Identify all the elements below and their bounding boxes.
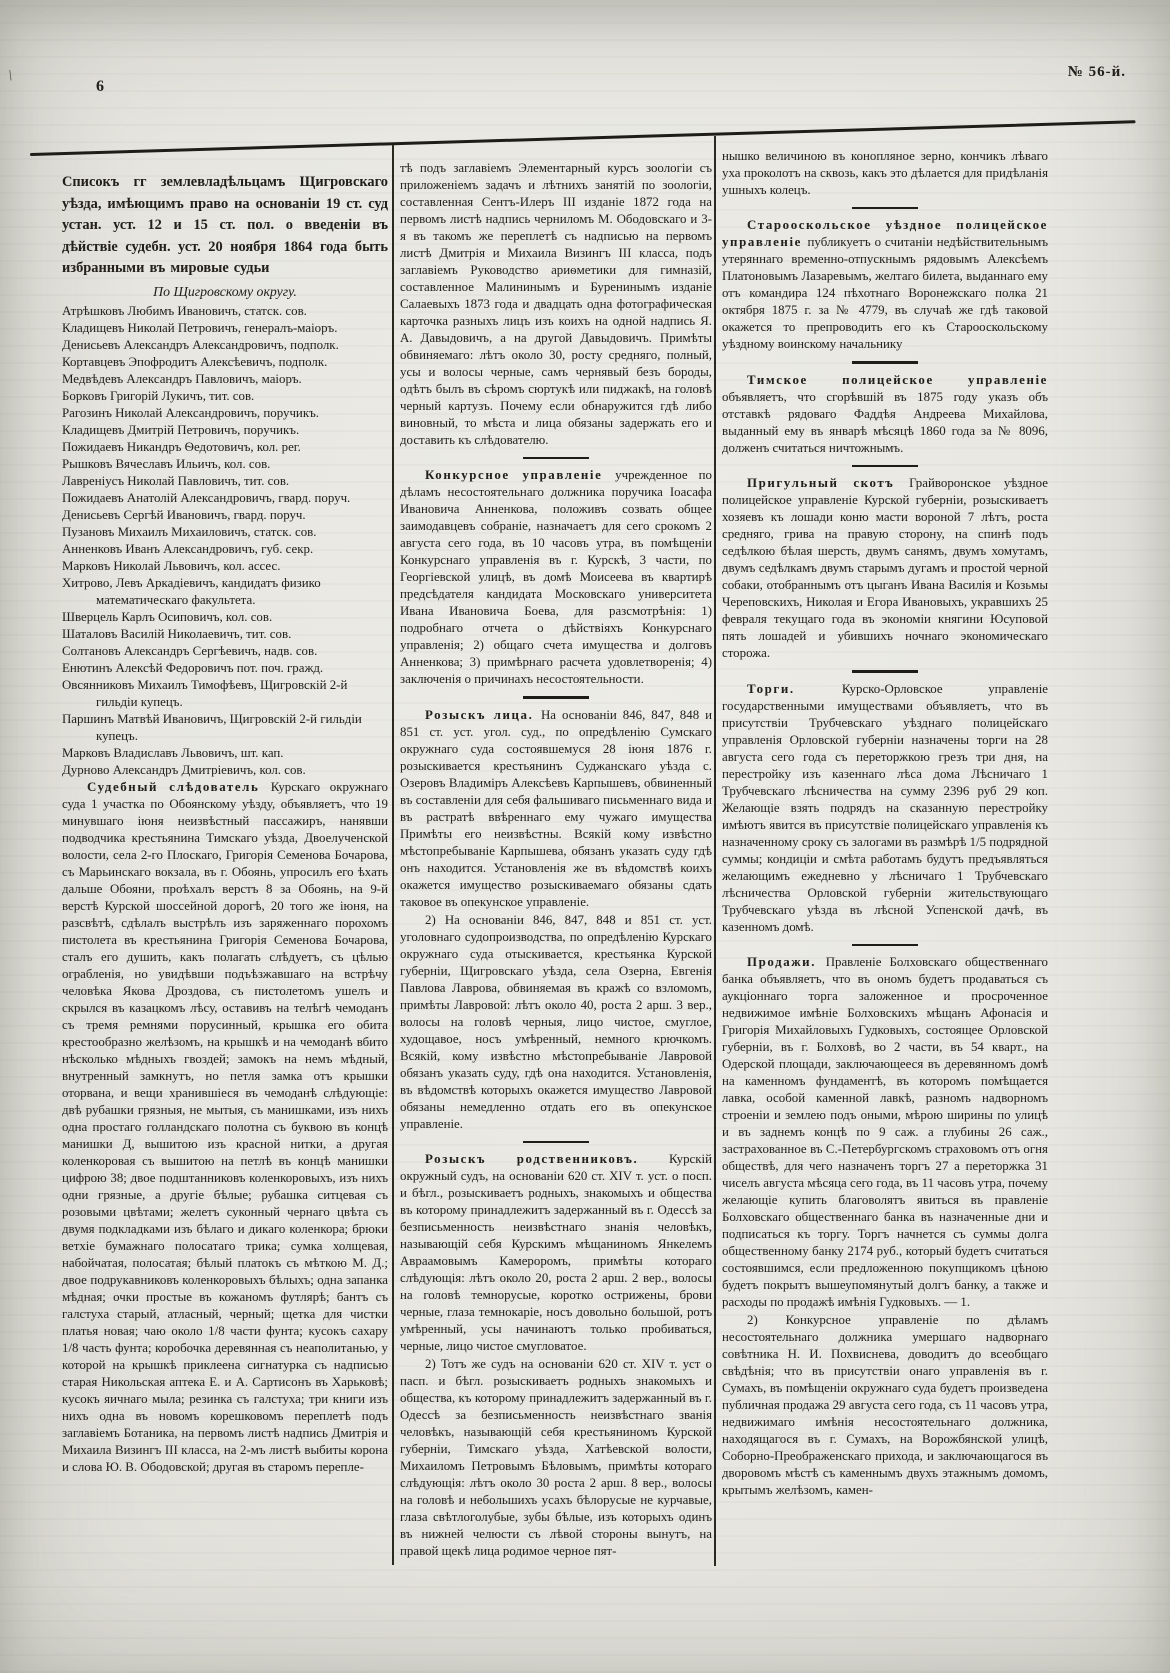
column-separator <box>392 145 394 1565</box>
list-item: Овсянниковъ Михаилъ Тимофѣевъ, Щигровскі… <box>62 677 388 711</box>
paragraph: 2) На основаніи 846, 847, 848 и 851 ст. … <box>400 912 712 1133</box>
list-item: Дурново Александръ Дмитріевичъ, кол. сов… <box>62 762 388 779</box>
list-item: Денисьевъ Александръ Александровичъ, под… <box>62 337 388 354</box>
list-item: Анненковъ Иванъ Александровичъ, губ. сек… <box>62 541 388 558</box>
list-item: Шверцель Карлъ Осиповичъ, кол. сов. <box>62 609 388 626</box>
article-lead: Конкурсное управленіе <box>425 468 615 482</box>
list-item: Атрѣшковъ Любимъ Ивановичъ, статск. сов. <box>62 303 388 320</box>
paragraph: 2) Тотъ же судъ на основаніи 620 ст. XIV… <box>400 1356 712 1560</box>
column-1: Списокъ гг землевладѣльцамъ Щигровскаго … <box>62 172 388 1477</box>
paragraph: Судебный слѣдователь Курскаго окружнаго … <box>62 779 388 1476</box>
article-separator <box>523 457 589 459</box>
article-lead: Пригульный скотъ <box>747 476 909 490</box>
column-2: тѣ подъ заглавіемъ Элементарный курсъ зо… <box>400 160 712 1561</box>
list-item: Марковъ Владиславъ Львовичъ, шт. кап. <box>62 745 388 762</box>
paragraph: Конкурсное управленіе учрежденное по дѣл… <box>400 467 712 688</box>
article-lead: Розыскъ лица. <box>425 708 541 722</box>
lead-paragraph: Списокъ гг землевладѣльцамъ Щигровскаго … <box>62 172 388 280</box>
article-separator <box>523 1141 589 1143</box>
list-item: Марковъ Николай Львовичъ, кол. ассес. <box>62 558 388 575</box>
article-separator <box>852 361 918 363</box>
list-item: Пузановъ Михаилъ Михаиловичъ, статск. со… <box>62 524 388 541</box>
section-subheading: По Щигровскому округу. <box>62 283 388 300</box>
paragraph: Розыскъ родственниковъ. Курскій окружный… <box>400 1151 712 1355</box>
paragraph: Продажи. Правленіе Болховскаго обществен… <box>722 954 1048 1311</box>
article-separator <box>523 696 589 698</box>
paragraph: Пригульный скотъ Грайворонское уѣздное п… <box>722 475 1048 662</box>
paragraph: Торги. Курско-Орловское управленіе госуд… <box>722 681 1048 936</box>
list-item: Кладищевъ Николай Петровичъ, генералъ-ма… <box>62 320 388 337</box>
list-item: Паршинъ Матвѣй Ивановичъ, Щигровскій 2-й… <box>62 711 388 745</box>
list-item: Лавреніусъ Николай Павловичъ, тит. сов. <box>62 473 388 490</box>
list-item: Борковъ Григорій Лукичъ, тит. сов. <box>62 388 388 405</box>
list-item: Медвѣдевъ Александръ Павловичъ, маіоръ. <box>62 371 388 388</box>
margin-mark: \ <box>6 68 14 85</box>
list-item: Солтановъ Александръ Сергѣевичъ, надв. с… <box>62 643 388 660</box>
article-lead: Торги. <box>747 682 842 696</box>
article-lead: Розыскъ родственниковъ. <box>425 1152 669 1166</box>
newspaper-page: \ 6 № 56-й. Списокъ гг землевладѣльцамъ … <box>0 0 1170 1673</box>
list-item: Енютинъ Алексѣй Федоровичъ пот. поч. гра… <box>62 660 388 677</box>
article-lead: Судебный слѣдователь <box>87 780 271 794</box>
column-3: нышко величиною въ конопляное зерно, кон… <box>722 148 1048 1500</box>
column-separator <box>714 136 716 1566</box>
list-item: Хитрово, Левъ Аркадіевичъ, кандидатъ физ… <box>62 575 388 609</box>
list-item: Рагозинъ Николай Александровичъ, поручик… <box>62 405 388 422</box>
list-item: Пожидаевъ Никандръ Ѳедотовичъ, кол. рег. <box>62 439 388 456</box>
paragraph: Розыскъ лица. На основаніи 846, 847, 848… <box>400 707 712 911</box>
list-item: Рышковъ Вячеславъ Ильичъ, кол. сов. <box>62 456 388 473</box>
page-number: 6 <box>96 78 104 96</box>
list-item: Кортавцевъ Эпофродитъ Алексѣевичъ, подпо… <box>62 354 388 371</box>
article-separator <box>852 207 918 209</box>
article-separator <box>852 465 918 467</box>
list-item: Пожидаевъ Анатолій Александровичъ, гвард… <box>62 490 388 507</box>
article-lead: Продажи. <box>747 955 826 969</box>
list-item: Денисьевъ Сергѣй Ивановичъ, гвард. поруч… <box>62 507 388 524</box>
article-lead: Тимское полицейское управленіе <box>747 373 1048 387</box>
paragraph: 2) Конкурсное управленіе по дѣламъ несос… <box>722 1312 1048 1499</box>
paragraph: Старооскольское уѣздное полицейское упра… <box>722 217 1048 353</box>
paragraph: нышко величиною въ конопляное зерно, кон… <box>722 148 1048 199</box>
paragraph: Тимское полицейское управленіе объявляет… <box>722 372 1048 457</box>
issue-number: № 56-й. <box>1068 64 1126 81</box>
paragraph: тѣ подъ заглавіемъ Элементарный курсъ зо… <box>400 160 712 449</box>
article-separator <box>852 670 918 672</box>
article-lead: Старооскольское уѣздное полицейское упра… <box>722 218 1048 249</box>
list-item: Шаталовъ Василій Николаевичъ, тит. сов. <box>62 626 388 643</box>
article-separator <box>852 944 918 946</box>
list-item: Кладищевъ Дмитрій Петровичъ, поручикъ. <box>62 422 388 439</box>
